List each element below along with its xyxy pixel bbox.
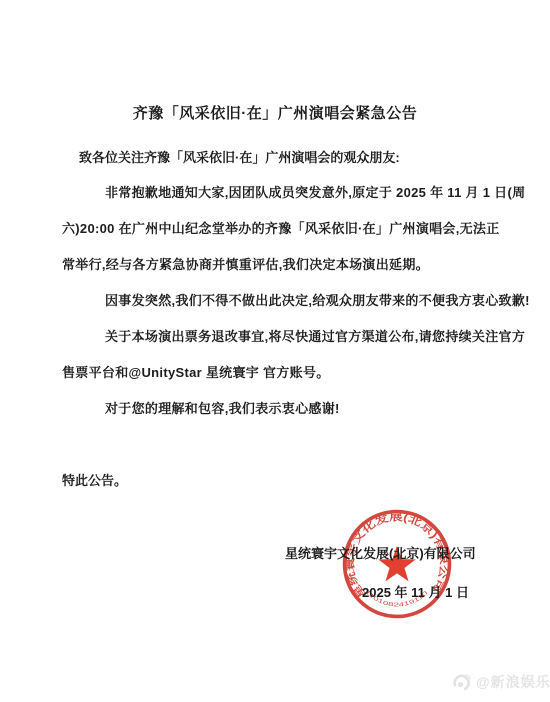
body-line: 关于本场演出票务退改事宜,将尽快通过官方渠道公布,请您持续关注官方 xyxy=(105,326,525,345)
seal-graphic: 星统寰宇文化发展(北京)有限公司 1101082419110 xyxy=(340,507,454,621)
signature-company: 星统寰宇文化发展(北京)有限公司 xyxy=(285,543,476,562)
body-line: 售票平台和@UnityStar 星统寰宇 官方账号。 xyxy=(62,362,330,381)
body-line: 六)20:00 在广州中山纪念堂举办的齐豫「风采依旧·在」广州演唱会,无法正 xyxy=(62,218,500,237)
signature-date: 2025 年 11 月 1 日 xyxy=(362,582,469,601)
closing-line: 特此公告。 xyxy=(62,470,127,489)
body-line: 对于您的理解和包容,我们表示衷心感谢! xyxy=(105,398,340,417)
watermark-label: @新浪娱乐 xyxy=(476,672,550,692)
salutation-line: 致各位关注齐豫「风采依旧·在」广州演唱会的观众朋友: xyxy=(79,147,400,166)
company-seal-stamp: 星统寰宇文化发展(北京)有限公司 1101082419110 xyxy=(340,507,454,621)
watermark: @新浪娱乐 xyxy=(451,671,550,693)
body-line: 非常抱歉地通知大家,因团队成员突发意外,原定于 2025 年 11 月 1 日(… xyxy=(105,182,525,201)
announcement-document: 齐豫「风采依旧·在」广州演唱会紧急公告 致各位关注齐豫「风采依旧·在」广州演唱会… xyxy=(0,0,550,702)
sina-weibo-icon xyxy=(451,671,473,693)
page-title: 齐豫「风采依旧·在」广州演唱会紧急公告 xyxy=(0,102,550,123)
body-line: 因事发突然,我们不得不做出此决定,给观众朋友带来的不便我方衷心致歉! xyxy=(105,290,530,309)
body-line: 常举行,经与各方紧急协商并慎重评估,我们决定本场演出延期。 xyxy=(62,254,429,273)
